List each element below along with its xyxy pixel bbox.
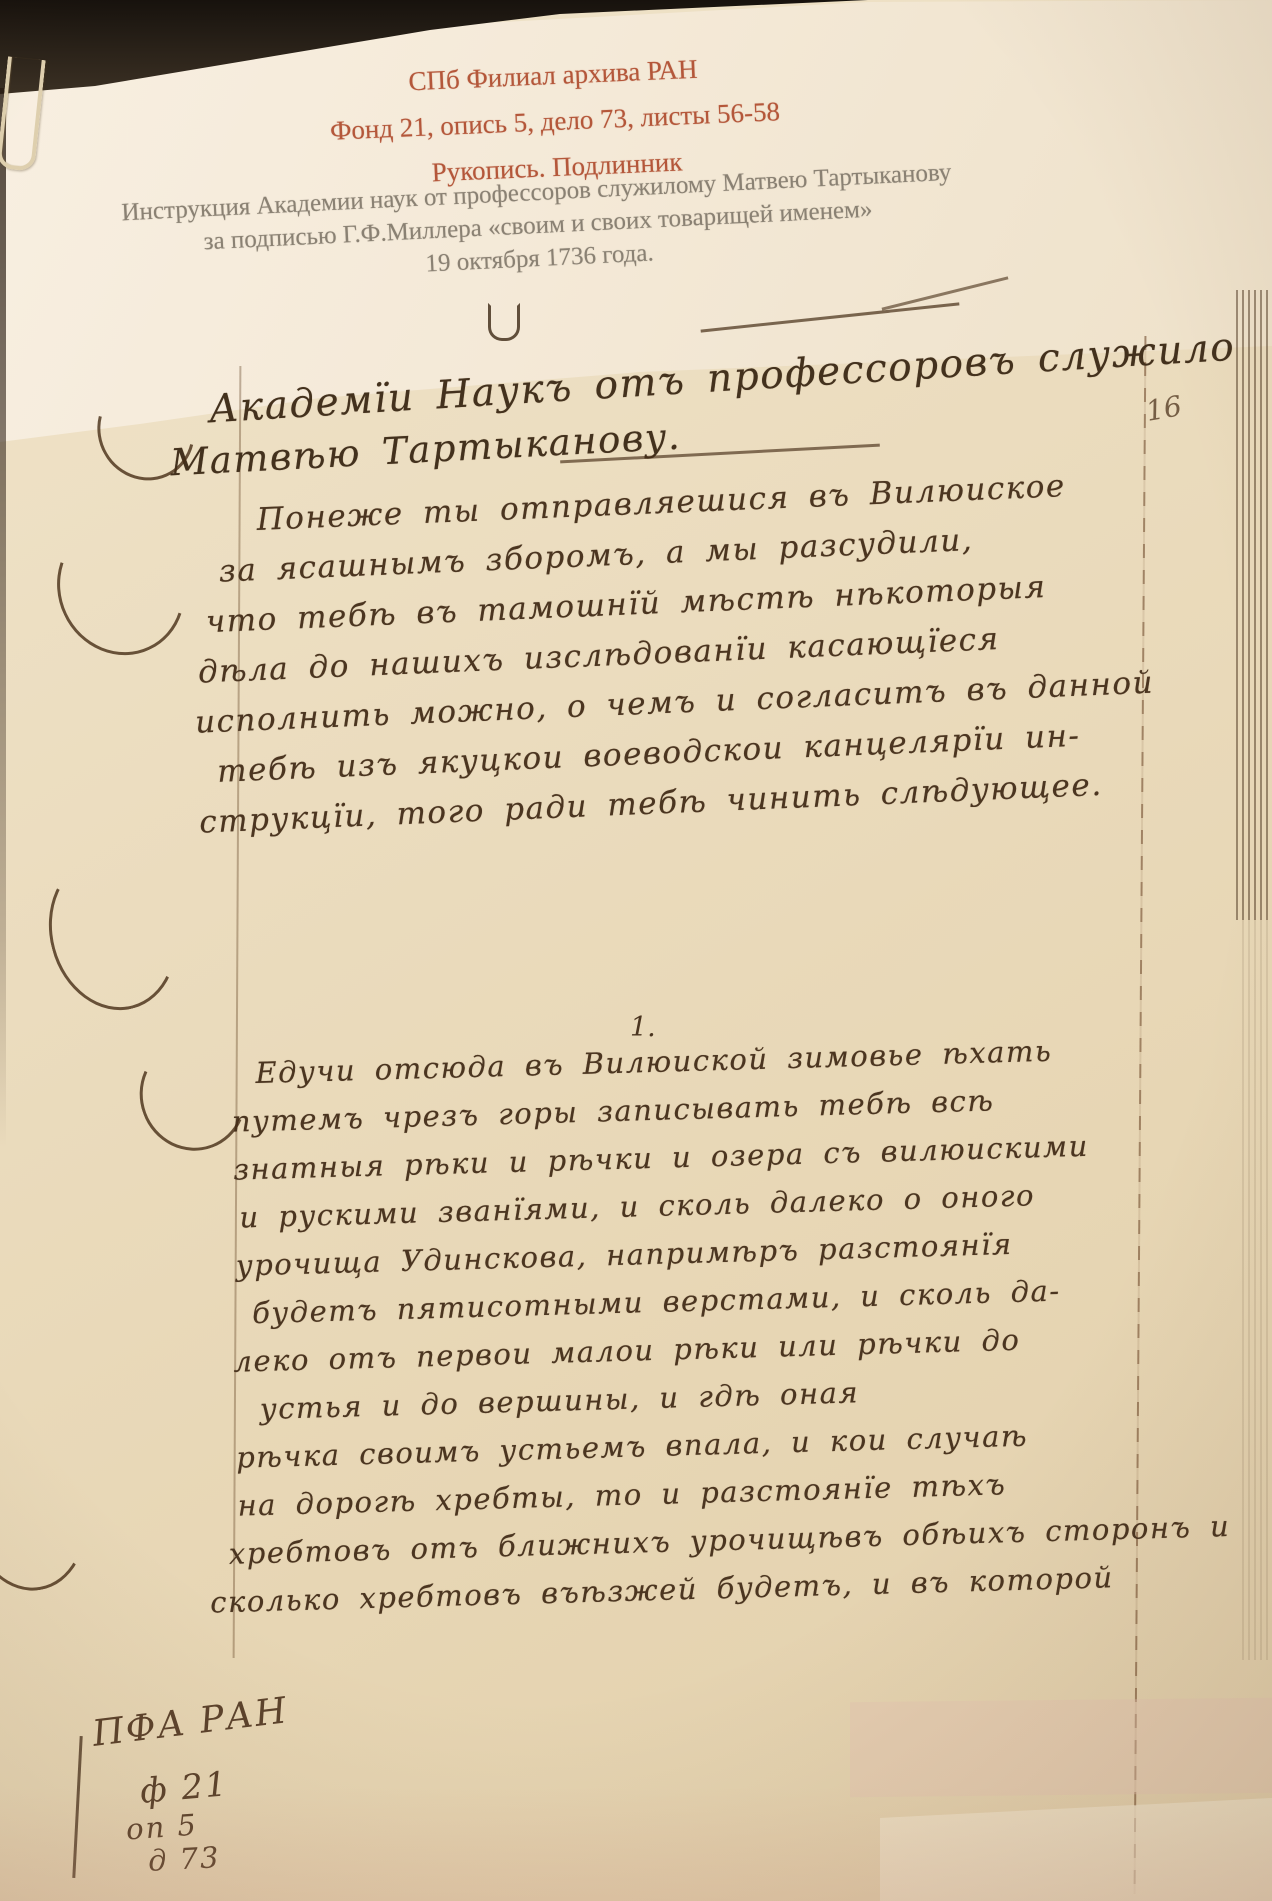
manuscript-paragraph-1: Понеже ты отправляешися въ Вилюиское за … bbox=[256, 465, 1159, 852]
photo-vignette bbox=[0, 0, 1272, 1901]
archival-note-line: ПФА РАН bbox=[90, 1690, 290, 1755]
caption-line: Инструкция Академии наук от профессоров … bbox=[56, 153, 1016, 233]
archival-note-line: д 73 bbox=[147, 1840, 221, 1878]
manuscript-line: что тебѣ въ тамошнїй мѣстѣ нѣкоторыя bbox=[205, 565, 1151, 655]
bottom-sheet-corner bbox=[880, 1798, 1272, 1901]
caption-line: 19 октября 1736 года. bbox=[59, 219, 1019, 299]
manuscript-paragraph-2: Едучи отсюда въ Вилюиской зимовье ѣхать … bbox=[255, 1029, 1232, 1632]
manuscript-line: знатныя рѣки и рѣчки и озера съ вилюиски… bbox=[233, 1125, 1221, 1201]
paperclip bbox=[0, 56, 46, 171]
page-edge-hatching bbox=[1236, 290, 1272, 920]
archive-stamp-line: Рукопись. Подлинник bbox=[286, 132, 827, 202]
archive-stamp-line: Фонд 21, опись 5, дело 73, листы 56-58 bbox=[284, 86, 825, 156]
ink-flourish bbox=[124, 1025, 262, 1166]
cover-sheet bbox=[0, 0, 1272, 460]
ink-swash bbox=[882, 276, 1009, 310]
archive-stamp-line: СПб Филиал архива РАН bbox=[282, 40, 823, 110]
manuscript-line: дѣла до нашихъ изслѣдованїи касающїеся bbox=[197, 615, 1153, 705]
manuscript-line: тебѣ изъ якуцкои воеводскои канцелярїи и… bbox=[217, 715, 1158, 804]
manuscript-line: устья и до вершины, и гдѣ оная bbox=[259, 1365, 1227, 1440]
dark-background bbox=[0, 0, 1272, 100]
typed-caption: Инструкция Академии наук от профессоров … bbox=[56, 153, 1020, 299]
folio-number: 16 bbox=[1143, 389, 1184, 428]
manuscript-line: исполнить можно, о чемъ и согласитъ въ д… bbox=[194, 665, 1155, 755]
caption-line: за подписью Г.Ф.Миллера «своим и своих т… bbox=[58, 186, 1018, 266]
manuscript-line: путемъ чрезъ горы записывать тебѣ всѣ bbox=[231, 1077, 1219, 1153]
manuscript-title-line: Академїи Наукъ отъ профессоровъ служило bbox=[208, 325, 1237, 433]
archive-stamp: СПб Филиал архива РАН Фонд 21, опись 5, … bbox=[282, 40, 828, 201]
manuscript-line: и рускими званїями, и сколь далеко о оно… bbox=[239, 1173, 1222, 1248]
ink-flourish bbox=[35, 500, 207, 677]
archival-note-line: оп 5 bbox=[125, 1808, 199, 1847]
manuscript-line: сколько хребтовъ въѣзжей будетъ, и въ ко… bbox=[210, 1557, 1233, 1634]
manuscript-line: струкцїи, того ради тебѣ чинить слѣдующе… bbox=[199, 764, 1160, 854]
ink-swash bbox=[701, 302, 960, 332]
manuscript-line: леко отъ первои малои рѣки или рѣчки до bbox=[233, 1317, 1226, 1393]
ink-swash bbox=[560, 444, 880, 464]
ink-flourish bbox=[0, 1436, 98, 1600]
manuscript-line: урочища Удинскова, напримѣръ разстоянїя bbox=[235, 1221, 1223, 1297]
archival-note-stroke bbox=[72, 1736, 82, 1878]
manuscript-line: за ясашнымъ зборомъ, а мы разсудили, bbox=[218, 515, 1149, 604]
section-number: 1. bbox=[630, 1012, 656, 1043]
manuscript-line: Едучи отсюда въ Вилюиской зимовье ѣхать bbox=[255, 1029, 1218, 1104]
manuscript-line: будетъ пятисотными верстами, и сколь да- bbox=[252, 1269, 1225, 1344]
ink-u-mark bbox=[488, 303, 520, 341]
manuscript-line: на дорогѣ хребты, то и разстоянїе тѣхъ bbox=[237, 1461, 1230, 1537]
ink-flourish bbox=[79, 363, 213, 498]
manuscript-line: Понеже ты отправляешися въ Вилюиское bbox=[256, 465, 1147, 552]
margin-ruling-line bbox=[233, 366, 242, 1658]
bottom-sheet-edge bbox=[850, 1698, 1272, 1797]
ink-flourish bbox=[32, 841, 194, 1024]
manuscript-line: рѣчка своимъ устьемъ впала, и кои случаѣ bbox=[236, 1413, 1229, 1489]
manuscript-title-line: Матвѣю Тартыканову. bbox=[169, 415, 682, 485]
manuscript-line: хребтовъ отъ ближнихъ урочищѣвъ обѣихъ с… bbox=[228, 1509, 1231, 1585]
manuscript-paper bbox=[0, 0, 1272, 1901]
photo-left-edge bbox=[0, 88, 6, 1148]
archival-note-line: ф 21 bbox=[138, 1764, 230, 1812]
fold-line bbox=[1134, 336, 1147, 1894]
page-edge-hatching-faint bbox=[1242, 920, 1272, 1660]
